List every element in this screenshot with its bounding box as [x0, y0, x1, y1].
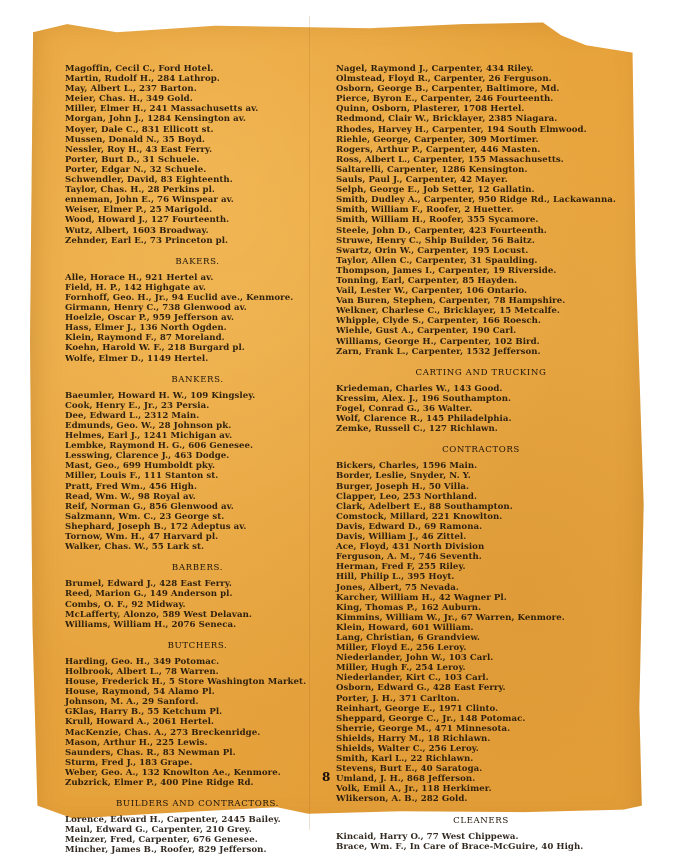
directory-entry: Clapper, Leo, 253 Northland. [336, 492, 626, 502]
directory-entry: Porter, Burt D., 31 Schuele. [65, 155, 330, 165]
directory-entry: Zemke, Russell C., 127 Richlawn. [336, 424, 626, 434]
directory-entry: Taylor, Chas. H., 28 Perkins pl. [65, 185, 330, 195]
section-heading: BUTCHERS. [65, 641, 330, 651]
directory-entry: Moyer, Dale C., 831 Ellicott st. [65, 125, 330, 135]
directory-entry: Wolf, Clarence R., 145 Philadelphia. [336, 414, 626, 424]
directory-entry: Miller, Floyd E., 256 Leroy. [336, 643, 626, 653]
directory-entry: Niederlander, Kirt C., 103 Carl. [336, 673, 626, 683]
directory-entry: Mussen, Donald N., 35 Boyd. [65, 135, 330, 145]
directory-entry: Sheppard, George C., Jr., 148 Potomac. [336, 714, 626, 724]
directory-entry: Saunders, Chas. R., 83 Newman Pl. [65, 748, 330, 758]
directory-entry: Read, Wm. W., 98 Royal av. [65, 492, 330, 502]
directory-entry: Wolfe, Elmer D., 1149 Hertel. [65, 354, 330, 364]
directory-entry: Hill, Philip L., 395 Hoyt. [336, 572, 626, 582]
directory-entry: Redmond, Clair W., Bricklayer, 2385 Niag… [336, 114, 626, 124]
directory-entry: Brace, Wm. F., In Care of Brace-McGuire,… [336, 842, 626, 852]
directory-entry: Salzmann, Wm. C., 23 George st. [65, 512, 330, 522]
directory-entry: Tornow, Wm. H., 47 Harvard pl. [65, 532, 330, 542]
directory-entry: Sauls, Paul J., Carpenter, 42 Mayer. [336, 175, 626, 185]
directory-entry: Combs, O. F., 92 Midway. [65, 600, 330, 610]
directory-entry: Fornhoff, Geo. H., Jr., 94 Euclid ave., … [65, 293, 330, 303]
directory-entry: Steele, John D., Carpenter, 423 Fourteen… [336, 226, 626, 236]
directory-entry: enneman, John E., 76 Winspear av. [65, 195, 330, 205]
directory-entry: Stevens, Burt E., 40 Saratoga. [336, 764, 626, 774]
directory-entry: Tonning, Earl, Carpenter, 85 Hayden. [336, 276, 626, 286]
directory-entry: House, Frederick H., 5 Store Washington … [65, 677, 330, 687]
directory-entry: Hoelzle, Oscar P., 959 Jefferson av. [65, 313, 330, 323]
directory-entry: Walker, Chas. W., 55 Lark st. [65, 542, 330, 552]
directory-entry: Kimmins, William W., Jr., 67 Warren, Ken… [336, 613, 626, 623]
directory-entry: Meinzer, Fred, Carpenter, 676 Genesee. [65, 835, 330, 845]
directory-entry: Saltarelli, Carpenter, 1286 Kensington. [336, 165, 626, 175]
directory-entry: Reif, Norman G., 856 Glenwood av. [65, 502, 330, 512]
directory-entry: Pratt, Fred Wm., 456 High. [65, 482, 330, 492]
directory-entry: House, Raymond, 54 Alamo Pl. [65, 687, 330, 697]
directory-entry: Klein, Raymond F., 87 Moreland. [65, 333, 330, 343]
directory-entry: Miller, Elmer H., 241 Massachusetts av. [65, 104, 330, 114]
section-heading: CARTING AND TRUCKING [336, 368, 626, 378]
page-number: 8 [322, 770, 330, 784]
directory-entry: Krull, Howard A., 2061 Hertel. [65, 717, 330, 727]
section-heading: BARBERS. [65, 563, 330, 573]
directory-section: BARBERS.Brumel, Edward J., 428 East Ferr… [65, 563, 330, 630]
directory-entry: Shields, Walter C., 256 Leroy. [336, 744, 626, 754]
directory-entry: Welkner, Charlese C., Bricklayer, 15 Met… [336, 306, 626, 316]
directory-entry: Sherrie, George M., 471 Minnesota. [336, 724, 626, 734]
directory-entry: GKlas, Harry B., 55 Ketchum Pl. [65, 707, 330, 717]
directory-entry: Shields, Harry M., 18 Richlawn. [336, 734, 626, 744]
directory-entry: Lesswing, Clarence J., 463 Dodge. [65, 451, 330, 461]
section-heading: BAKERS. [65, 257, 330, 267]
directory-entry: Herman, Fred F, 255 Riley. [336, 562, 626, 572]
directory-entry: Sturm, Fred J., 183 Grape. [65, 758, 330, 768]
directory-entry: Volk, Emil A., Jr., 118 Herkimer. [336, 784, 626, 794]
directory-entry: Nagel, Raymond J., Carpenter, 434 Riley. [336, 64, 626, 74]
directory-entry: Ace, Floyd, 431 North Division [336, 542, 626, 552]
directory-entry: Brumel, Edward J., 428 East Ferry. [65, 579, 330, 589]
directory-entry: Harding, Geo. H., 349 Potomac. [65, 657, 330, 667]
directory-section: CLEANERSKincaid, Harry O., 77 West Chipp… [336, 816, 626, 852]
directory-entry: Fogel, Conrad G., 36 Walter. [336, 404, 626, 414]
directory-entry: Rhodes, Harvey H., Carpenter, 194 South … [336, 125, 626, 135]
directory-entry: Porter, J. H., 371 Carlton. [336, 694, 626, 704]
directory-entry: Maul, Edward G., Carpenter, 210 Grey. [65, 825, 330, 835]
directory-entry: Olmstead, Floyd R., Carpenter, 26 Fergus… [336, 74, 626, 84]
directory-section: CARTING AND TRUCKINGKriedeman, Charles W… [336, 368, 626, 435]
directory-entry: Schwendler, David, 83 Eighteenth. [65, 175, 330, 185]
directory-entry: Helmes, Earl J., 1241 Michigan av. [65, 431, 330, 441]
directory-entry: Cook, Henry E., Jr., 23 Persia. [65, 401, 330, 411]
left-column: Magoffin, Cecil C., Ford Hotel.Martin, R… [65, 64, 330, 856]
directory-entry: Miller, Hugh F., 254 Leroy. [336, 663, 626, 673]
directory-entry: Wutz, Albert, 1603 Broadway. [65, 226, 330, 236]
directory-entry: Reinhart, George E., 1971 Clinto. [336, 704, 626, 714]
directory-entry: Whipple, Clyde S., Carpenter, 166 Roesch… [336, 316, 626, 326]
directory-entry: Porter, Edgar N., 32 Schuele. [65, 165, 330, 175]
directory-entry: Umland, J. H., 868 Jefferson. [336, 774, 626, 784]
directory-section: BUTCHERS.Harding, Geo. H., 349 Potomac.H… [65, 641, 330, 788]
directory-entry: Wiehle, Gust A., Carpenter, 190 Carl. [336, 326, 626, 336]
directory-entry: King, Thomas P., 162 Auburn. [336, 603, 626, 613]
directory-entry: Klein, Howard, 601 William. [336, 623, 626, 633]
directory-entry: Osborn, George B., Carpenter, Baltimore,… [336, 84, 626, 94]
directory-entry: Mincher, James B., Roofer, 829 Jefferson… [65, 845, 330, 855]
right-column: Nagel, Raymond J., Carpenter, 434 Riley.… [336, 64, 626, 852]
directory-entry: Davis, Edward D., 69 Ramona. [336, 522, 626, 532]
directory-entry: Riehle, George, Carpenter, 309 Mortimer. [336, 135, 626, 145]
directory-entry: Pierce, Byron E., Carpenter, 246 Fourtee… [336, 94, 626, 104]
directory-entry: Smith, Dudley A., Carpenter, 950 Ridge R… [336, 195, 626, 205]
directory-entry: Meier, Chas. H., 349 Gold. [65, 94, 330, 104]
directory-entry: Miller, Louis F., 111 Stanton st. [65, 471, 330, 481]
directory-entry: Reed, Marion G., 149 Anderson pl. [65, 589, 330, 599]
directory-section: CONTRACTORSBickers, Charles, 1596 Main.B… [336, 445, 626, 804]
section-heading: BANKERS. [65, 375, 330, 385]
directory-entry: Girmann, Henry C., 738 Glenwood av. [65, 303, 330, 313]
directory-entry: McLafferty, Alonzo, 589 West Delavan. [65, 610, 330, 620]
directory-entry: Taylor, Allen C., Carpenter, 31 Spauldin… [336, 256, 626, 266]
directory-entry: Morgan, John J., 1284 Kensington av. [65, 114, 330, 124]
directory-entry: Smith, William F., Roofer, 2 Huetter. [336, 205, 626, 215]
directory-entry: Alle, Horace H., 921 Hertel av. [65, 273, 330, 283]
directory-entry: Zubzrick, Elmer P., 400 Pine Ridge Rd. [65, 778, 330, 788]
directory-entry: Mast, Geo., 699 Humboldt pky. [65, 461, 330, 471]
directory-entry: Lang, Christian, 6 Grandview. [336, 633, 626, 643]
directory-entry: Ross, Albert L., Carpenter, 155 Massachu… [336, 155, 626, 165]
directory-entry: Mason, Arthur H., 225 Lewis. [65, 738, 330, 748]
directory-entry: Edmunds, Geo. W., 28 Johnson pk. [65, 421, 330, 431]
directory-section: BANKERS.Baeumler, Howard H. W., 109 King… [65, 375, 330, 553]
directory-entry: Quinn, Osborn, Plasterer, 1708 Hertel. [336, 104, 626, 114]
section-heading: CLEANERS [336, 816, 626, 826]
directory-entry: May, Albert L., 237 Barton. [65, 84, 330, 94]
directory-entry: Hass, Elmer J., 136 North Ogden. [65, 323, 330, 333]
directory-entry: Koehn, Harold W. F., 218 Burgard pl. [65, 343, 330, 353]
directory-entry: Selph, George E., Job Setter, 12 Gallati… [336, 185, 626, 195]
directory-entry: Martin, Rudolf H., 284 Lathrop. [65, 74, 330, 84]
directory-entry: Weber, Geo. A., 132 Knowlton Ae., Kenmor… [65, 768, 330, 778]
directory-entry: Comstock, Millard, 221 Knowlton. [336, 512, 626, 522]
directory-entry: Burger, Joseph H., 50 Villa. [336, 482, 626, 492]
directory-entry: Struwe, Henry C., Ship Builder, 56 Baitz… [336, 236, 626, 246]
directory-entry: Wood, Howard J., 127 Fourteenth. [65, 215, 330, 225]
directory-section: Magoffin, Cecil C., Ford Hotel.Martin, R… [65, 64, 330, 246]
directory-entry: Bickers, Charles, 1596 Main. [336, 461, 626, 471]
directory-entry: Lorence, Edward H., Carpenter, 2445 Bail… [65, 815, 330, 825]
directory-entry: Magoffin, Cecil C., Ford Hotel. [65, 64, 330, 74]
directory-entry: Smith, Karl L., 22 Richlawn. [336, 754, 626, 764]
directory-entry: Zarn, Frank L., Carpenter, 1532 Jefferso… [336, 347, 626, 357]
directory-entry: Thompson, James I., Carpenter, 19 Rivers… [336, 266, 626, 276]
directory-entry: Vail, Lester W., Carpenter, 106 Ontario. [336, 286, 626, 296]
directory-entry: Swartz, Orin W., Carpenter, 195 Locust. [336, 246, 626, 256]
directory-entry: Kressim, Alex. J., 196 Southampton. [336, 394, 626, 404]
directory-entry: Williams, William H., 2076 Seneca. [65, 620, 330, 630]
directory-entry: Shephard, Joseph B., 172 Adeptus av. [65, 522, 330, 532]
directory-entry: Dee, Edward L., 2312 Main. [65, 411, 330, 421]
directory-entry: Johnson, M. A., 29 Sanford. [65, 697, 330, 707]
directory-entry: Ferguson, A. M., 746 Seventh. [336, 552, 626, 562]
directory-entry: Smith, William H., Roofer, 355 Sycamore. [336, 215, 626, 225]
directory-entry: Weiser, Elmer P., 25 Marigold. [65, 205, 330, 215]
directory-entry: Field, H. P., 142 Highgate av. [65, 283, 330, 293]
directory-entry: Davis, William J., 46 Zittel. [336, 532, 626, 542]
directory-entry: Niederlander, John W., 103 Carl. [336, 653, 626, 663]
directory-entry: Jones, Albert, 75 Nevada. [336, 583, 626, 593]
directory-section: Nagel, Raymond J., Carpenter, 434 Riley.… [336, 64, 626, 357]
directory-entry: Osborn, Edward G., 428 East Ferry. [336, 683, 626, 693]
section-heading: BUILDERS AND CONTRACTORS. [65, 799, 330, 809]
directory-entry: Lembke, Raymond H. G., 606 Genesee. [65, 441, 330, 451]
directory-entry: MacKenzie, Chas. A., 273 Breckenridge. [65, 728, 330, 738]
directory-entry: Border, Leslie, Snyder, N. Y. [336, 471, 626, 481]
directory-entry: Van Buren, Stephen, Carpenter, 78 Hampsh… [336, 296, 626, 306]
directory-entry: Clark, Adelbert E., 88 Southampton. [336, 502, 626, 512]
directory-section: BAKERS.Alle, Horace H., 921 Hertel av.Fi… [65, 257, 330, 364]
directory-entry: Williams, George H., Carpenter, 102 Bird… [336, 337, 626, 347]
directory-entry: Wlikerson, A. B., 282 Gold. [336, 794, 626, 804]
directory-entry: Zehnder, Earl E., 73 Princeton pl. [65, 236, 330, 246]
directory-entry: Kincaid, Harry O., 77 West Chippewa. [336, 832, 626, 842]
directory-entry: Karcher, William H., 42 Wagner Pl. [336, 593, 626, 603]
section-heading: CONTRACTORS [336, 445, 626, 455]
directory-entry: Nessler, Roy H., 43 East Ferry. [65, 145, 330, 155]
directory-entry: Baeumler, Howard H. W., 109 Kingsley. [65, 391, 330, 401]
directory-entry: Kriedeman, Charles W., 143 Good. [336, 384, 626, 394]
directory-entry: Rogers, Arthur P., Carpenter, 446 Masten… [336, 145, 626, 155]
directory-entry: Holbrook, Albert L., 78 Warren. [65, 667, 330, 677]
directory-section: BUILDERS AND CONTRACTORS.Lorence, Edward… [65, 799, 330, 855]
